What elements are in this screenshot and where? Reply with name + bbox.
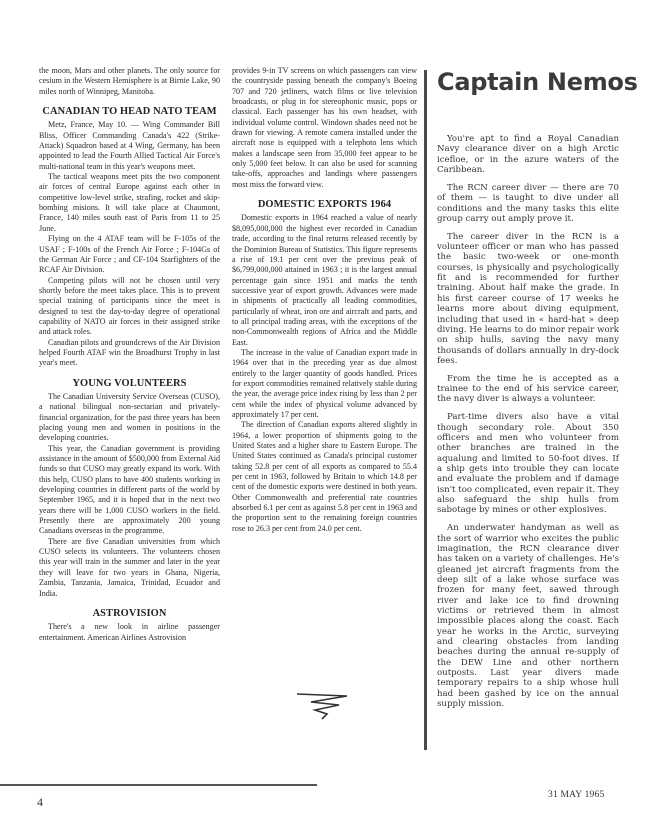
volunteers-paragraph: The Canadian University Service Overseas… — [39, 392, 220, 444]
nato-paragraph: Metz, France, May 10. — Wing Commander B… — [39, 120, 220, 172]
footer-rule — [0, 784, 317, 786]
middle-column: provides 9-in TV screens on which passen… — [232, 66, 417, 534]
article-paragraph: The RCN career diver — there are 70 of t… — [437, 183, 619, 224]
article-title: Captain Nemos — [437, 68, 619, 96]
zigzag-mark-icon — [295, 688, 351, 728]
nato-paragraph: Competing pilots will not be chosen unti… — [39, 276, 220, 338]
exports-paragraph: The increase in the value of Canadian ex… — [232, 348, 417, 420]
left-column: the moon, Mars and other planets. The on… — [39, 66, 220, 643]
nato-paragraph: The tactical weapons meet pits the two c… — [39, 172, 220, 234]
article-paragraph: Part-time divers also have a vital thoug… — [437, 412, 619, 515]
nato-headline: CANADIAN TO HEAD NATO TEAM — [39, 107, 220, 117]
astrovision-continued: provides 9-in TV screens on which passen… — [232, 66, 417, 190]
article-paragraph: An underwater handyman as well as the so… — [437, 523, 619, 709]
volunteers-paragraph: There are five Canadian universities fro… — [39, 537, 220, 599]
vertical-rule — [424, 70, 427, 750]
volunteers-paragraph: This year, the Canadian government is pr… — [39, 444, 220, 537]
article-paragraph: The career diver in the RCN is a volunte… — [437, 232, 619, 366]
exports-headline: DOMESTIC EXPORTS 1964 — [232, 200, 417, 210]
astrovision-paragraph: There's a new look in airline passenger … — [39, 622, 220, 643]
astrovision-headline: ASTROVISION — [39, 609, 220, 619]
article-paragraph: You're apt to find a Royal Canadian Navy… — [437, 134, 619, 175]
nato-paragraph: Flying on the 4 ATAF team will be F-105s… — [39, 234, 220, 275]
volunteers-headline: YOUNG VOLUNTEERS — [39, 379, 220, 389]
exports-paragraph: Domestic exports in 1964 reached a value… — [232, 213, 417, 347]
exports-paragraph: The direction of Canadian exports altere… — [232, 420, 417, 534]
article-body: You're apt to find a Royal Canadian Navy… — [437, 134, 619, 709]
nato-paragraph: Canadian pilots and groundcrews of the A… — [39, 338, 220, 369]
cesium-paragraph-end: the moon, Mars and other planets. The on… — [39, 66, 220, 97]
article-paragraph: From the time he is accepted as a traine… — [437, 374, 619, 405]
page-number: 4 — [37, 795, 43, 810]
issue-date: 31 MAY 1965 — [548, 790, 604, 800]
